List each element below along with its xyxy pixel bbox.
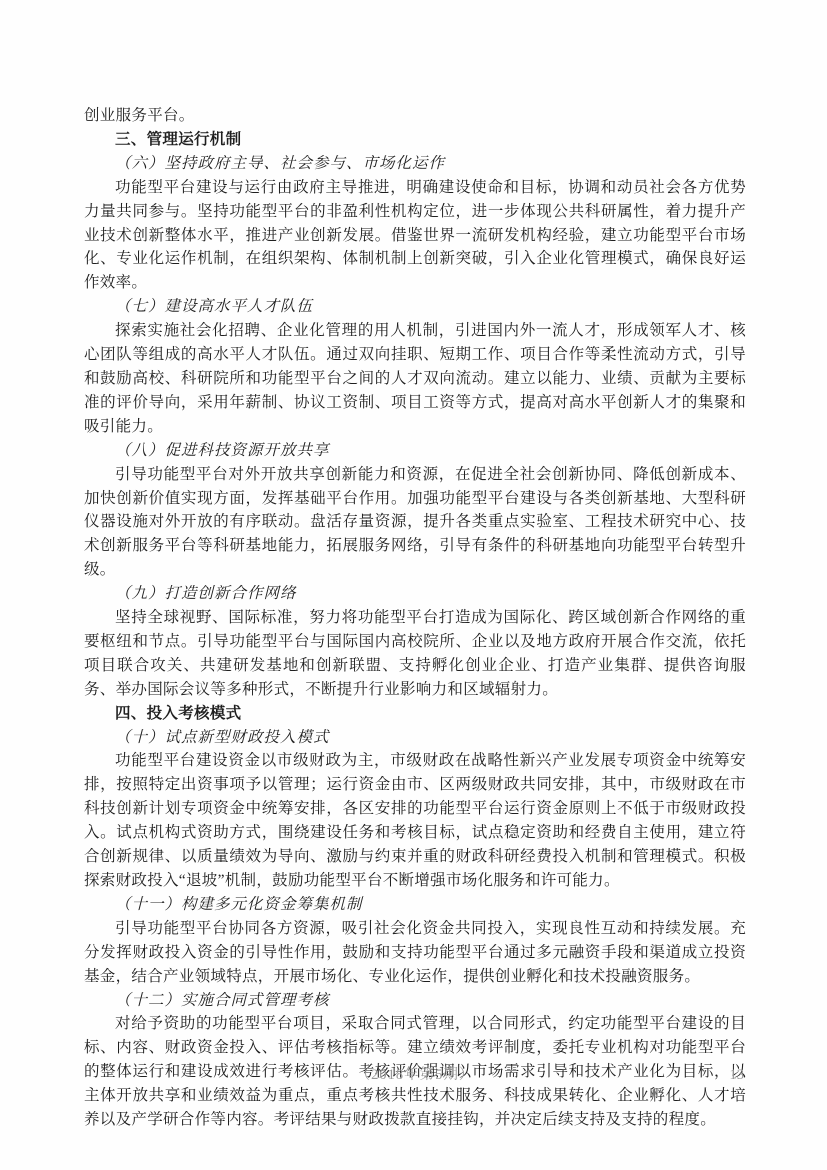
document-body: 创业服务平台。三、管理运行机制（六）坚持政府主导、社会参与、市场化运作功能型平台… — [84, 104, 746, 1132]
chapter-heading: 四、投入考核模式 — [84, 702, 746, 726]
section-heading: （十二）实施合同式管理考核 — [84, 989, 746, 1013]
section-heading: （九）打造创新合作网络 — [84, 582, 746, 606]
section-heading: （十）试点新型财政投入模式 — [84, 726, 746, 750]
paragraph: 引导功能型平台协同各方资源，吸引社会化资金共同投入，实现良性互动和持续发展。充分… — [84, 917, 746, 989]
section-heading: （十一）构建多元化资金筹集机制 — [84, 893, 746, 917]
paragraph: 功能型平台建设与运行由政府主导推进，明确建设使命和目标，协调和动员社会各方优势力… — [84, 176, 746, 296]
page-number: 13 — [730, 1062, 745, 1088]
page-footer: （2018年第5期） 13 — [84, 1062, 746, 1088]
paragraph: 探索实施社会化招聘、企业化管理的用人机制，引进国内外一流人才，形成领军人才、核心… — [84, 319, 746, 439]
paragraph: 坚持全球视野、国际标准，努力将功能型平台打造成为国际化、跨区域创新合作网络的重要… — [84, 606, 746, 702]
paragraph: 引导功能型平台对外开放共享创新能力和资源，在促进全社会创新协同、降低创新成本、加… — [84, 463, 746, 583]
section-heading: （七）建设高水平人才队伍 — [84, 295, 746, 319]
paragraph-continuation: 创业服务平台。 — [84, 104, 746, 128]
journal-issue-label: （2018年第5期） — [84, 1062, 746, 1088]
section-heading: （六）坚持政府主导、社会参与、市场化运作 — [84, 152, 746, 176]
paragraph: 功能型平台建设资金以市级财政为主，市级财政在战略性新兴产业发展专项资金中统筹安排… — [84, 749, 746, 892]
document-page: 创业服务平台。三、管理运行机制（六）坚持政府主导、社会参与、市场化运作功能型平台… — [0, 0, 827, 1170]
section-heading: （八）促进科技资源开放共享 — [84, 439, 746, 463]
chapter-heading: 三、管理运行机制 — [84, 128, 746, 152]
